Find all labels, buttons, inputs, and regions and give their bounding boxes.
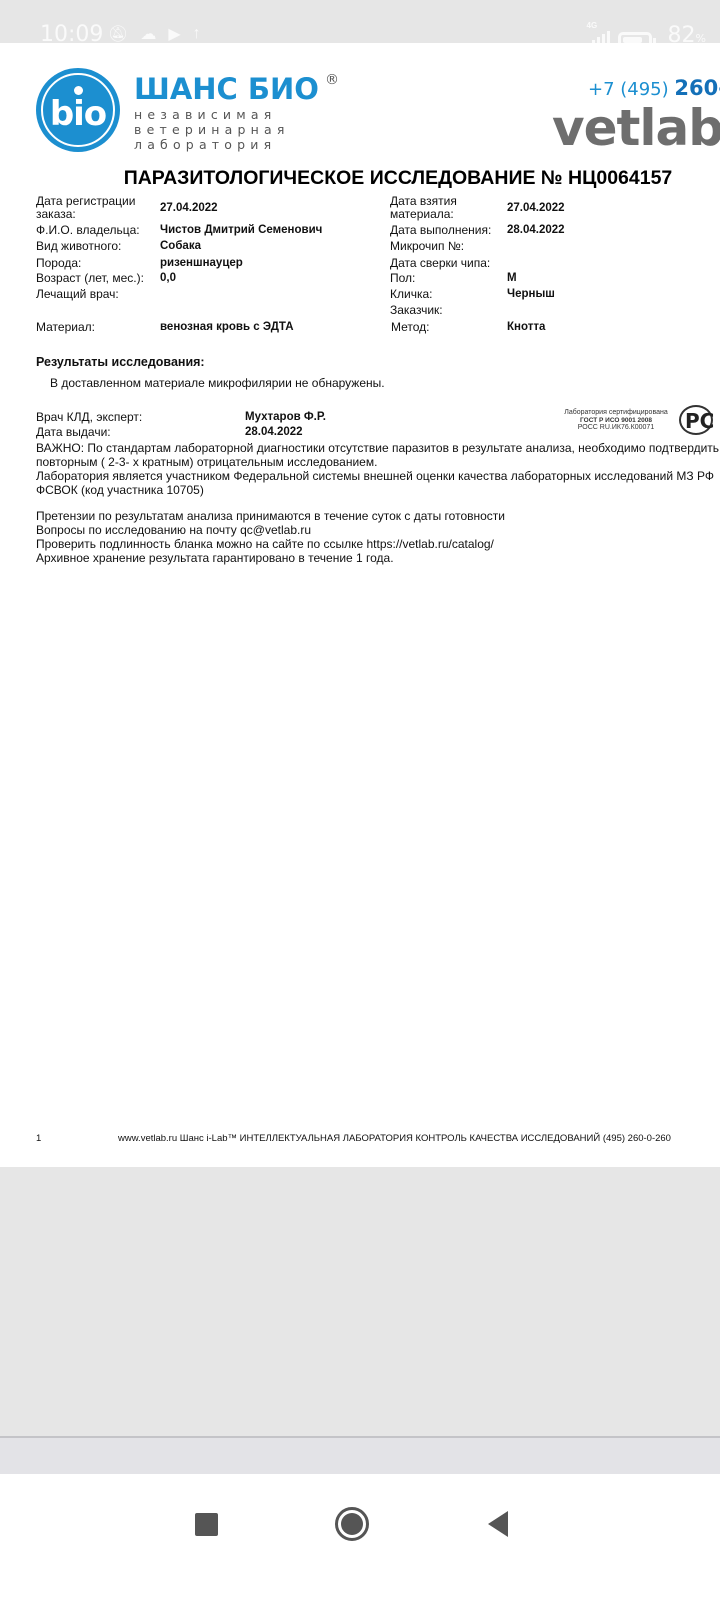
cloud-upload-icon: ☁ bbox=[140, 24, 156, 43]
lab-phone: +7 (495) 260-0 bbox=[588, 76, 720, 100]
upload-arrow-icon: ↑ bbox=[193, 25, 201, 43]
navigation-bar bbox=[0, 1474, 720, 1600]
clock: 10:09 bbox=[40, 22, 103, 43]
bio-logo-icon: bio bbox=[36, 68, 120, 152]
document-page: bio ШАНС БИО® независимая ветеринарная л… bbox=[0, 43, 720, 1167]
bell-off-icon: 🔕︎ bbox=[108, 24, 128, 43]
home-circle-icon bbox=[335, 1507, 369, 1541]
back-button[interactable] bbox=[476, 1502, 520, 1546]
status-bar: 10:09 🔕︎ ☁ ▶ ↑ 4G 82% bbox=[0, 0, 720, 43]
results-heading: Результаты исследования: bbox=[36, 355, 205, 369]
notification-icons: 🔕︎ ☁ ▶ ↑ bbox=[108, 24, 201, 43]
square-icon bbox=[195, 1513, 218, 1536]
viewer-bottom-bar bbox=[0, 1436, 720, 1476]
battery-icon bbox=[618, 32, 652, 43]
signal-bars-icon bbox=[587, 30, 610, 43]
results-text: В доставленном материале микрофилярии не… bbox=[50, 376, 385, 390]
system-indicators: 4G 82% bbox=[587, 22, 706, 43]
document-title: ПАРАЗИТОЛОГИЧЕСКОЕ ИССЛЕДОВАНИЕ № НЦ0064… bbox=[0, 167, 720, 190]
battery-percent: 82% bbox=[668, 23, 706, 43]
certification-text: Лаборатория сертифицирована ГОСТ Р ИСО 9… bbox=[556, 409, 676, 432]
info-notes: Претензии по результатам анализа принима… bbox=[36, 509, 505, 565]
brand-subtitle: независимая ветеринарная лаборатория bbox=[134, 107, 290, 152]
brand-name: ШАНС БИО® bbox=[134, 72, 339, 106]
home-button[interactable] bbox=[330, 1502, 374, 1546]
signal-indicator: 4G bbox=[587, 22, 610, 43]
youtube-icon: ▶ bbox=[168, 24, 180, 43]
vetlab-logo: vetlab. bbox=[552, 99, 720, 157]
recents-button[interactable] bbox=[184, 1502, 228, 1546]
page-number: 1 bbox=[36, 1133, 41, 1144]
back-triangle-icon bbox=[488, 1511, 508, 1537]
important-notice: ВАЖНО: По стандартам лабораторной диагно… bbox=[36, 441, 719, 497]
document-footer: www.vetlab.ru Шанс i-Lab™ ИНТЕЛЛЕКТУАЛЬН… bbox=[118, 1133, 671, 1144]
certification-mark-icon: РС bbox=[679, 405, 713, 435]
network-type: 4G bbox=[587, 22, 610, 30]
